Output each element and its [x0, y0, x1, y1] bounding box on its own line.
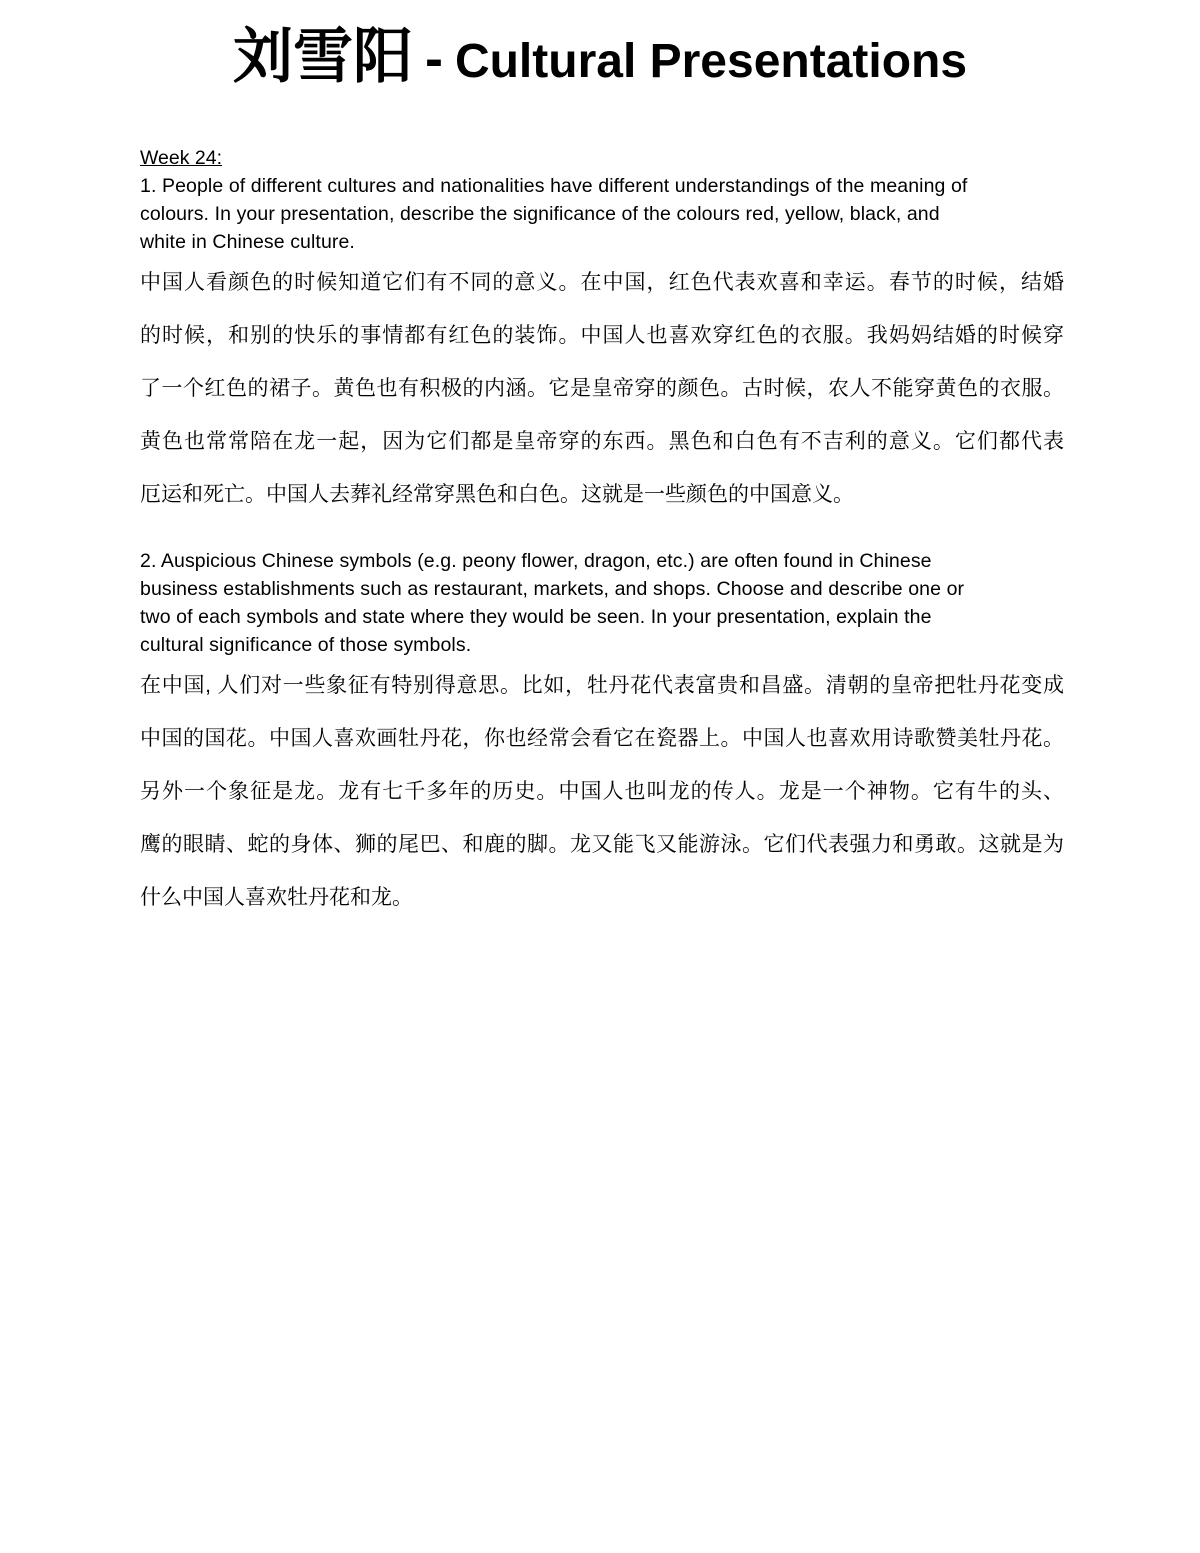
text-line: 另外一个象征是龙。龙有七千多年的历史。中国人也叫龙的传人。龙是一个神物。它有牛的…: [140, 765, 1064, 818]
text-line: 的时候，和别的快乐的事情都有红色的装饰。中国人也喜欢穿红色的衣服。我妈妈结婚的时…: [140, 309, 1064, 362]
question-1-answer: 中国人看颜色的时候知道它们有不同的意义。在中国，红色代表欢喜和幸运。春节的时候，…: [140, 256, 1064, 521]
title-english: Cultural Presentations: [455, 35, 967, 88]
text-line: 1. People of different cultures and nati…: [140, 172, 1064, 200]
week-heading: Week 24:: [140, 144, 1064, 172]
text-line: 什么中国人喜欢牡丹花和龙。: [140, 871, 1064, 924]
text-line: 中国的国花。中国人喜欢画牡丹花，你也经常会看它在瓷器上。中国人也喜欢用诗歌赞美牡…: [140, 712, 1064, 765]
text-line: colours. In your presentation, describe …: [140, 200, 1064, 228]
text-line: 厄运和死亡。中国人去葬礼经常穿黑色和白色。这就是一些颜色的中国意义。: [140, 468, 1064, 521]
question-2-prompt: 2. Auspicious Chinese symbols (e.g. peon…: [140, 547, 1064, 659]
text-line: two of each symbols and state where they…: [140, 603, 1064, 631]
text-line: 黄色也常常陪在龙一起，因为它们都是皇帝穿的东西。黑色和白色有不吉利的意义。它们都…: [140, 415, 1064, 468]
title-dash: -: [425, 29, 443, 89]
document-title: 刘雪阳-Cultural Presentations: [0, 0, 1200, 90]
text-line: cultural significance of those symbols.: [140, 631, 1064, 659]
title-chinese-name: 刘雪阳: [233, 23, 413, 90]
text-line: white in Chinese culture.: [140, 228, 1064, 256]
question-1-prompt: 1. People of different cultures and nati…: [140, 172, 1064, 256]
document-page: 刘雪阳-Cultural Presentations Week 24: 1. P…: [0, 0, 1200, 1553]
document-body: Week 24: 1. People of different cultures…: [140, 144, 1064, 924]
text-line: 了一个红色的裙子。黄色也有积极的内涵。它是皇帝穿的颜色。古时候，农人不能穿黄色的…: [140, 362, 1064, 415]
week-heading-text: Week 24:: [140, 147, 222, 169]
text-line: 鹰的眼睛、蛇的身体、狮的尾巴、和鹿的脚。龙又能飞又能游泳。它们代表强力和勇敢。这…: [140, 818, 1064, 871]
text-line: 中国人看颜色的时候知道它们有不同的意义。在中国，红色代表欢喜和幸运。春节的时候，…: [140, 256, 1064, 309]
paragraph-spacer: [140, 521, 1064, 547]
question-2-answer: 在中国, 人们对一些象征有特别得意思。比如，牡丹花代表富贵和昌盛。清朝的皇帝把牡…: [140, 659, 1064, 924]
text-line: 2. Auspicious Chinese symbols (e.g. peon…: [140, 547, 1064, 575]
text-line: business establishments such as restaura…: [140, 575, 1064, 603]
text-line: 在中国, 人们对一些象征有特别得意思。比如，牡丹花代表富贵和昌盛。清朝的皇帝把牡…: [140, 659, 1064, 712]
